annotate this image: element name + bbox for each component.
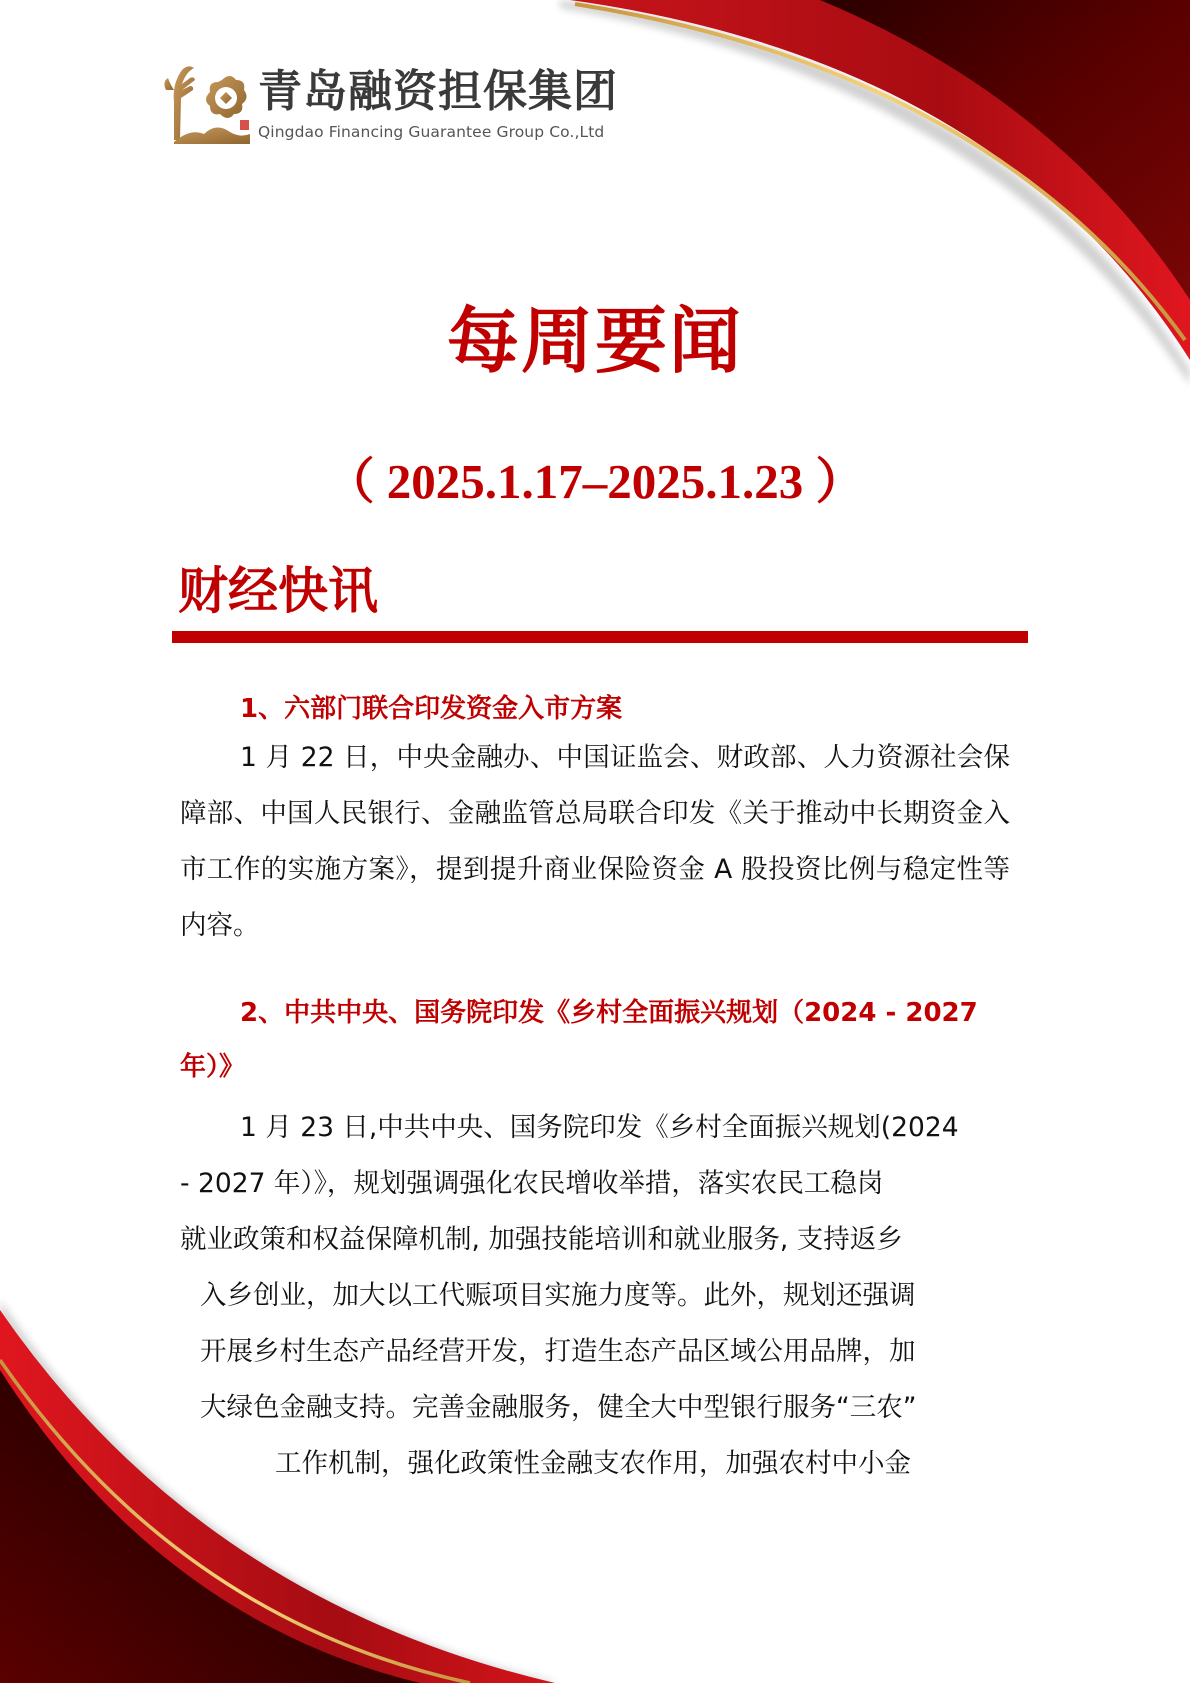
- section-title: 财经快讯: [178, 560, 378, 622]
- body-line: 就业政策和权益保障机制, 加强技能培训和就业服务, 支持返乡: [180, 1212, 1010, 1268]
- body-line: 开展乡村生态产品经营开发，打造生态产品区域公用品牌，加: [180, 1324, 1010, 1380]
- news-item-2-body: 1 月 23 日,中共中央、国务院印发《乡村全面振兴规划(2024 - 2027…: [180, 1100, 1010, 1492]
- body-line: 工作机制，强化政策性金融支农作用，加强农村中小金: [180, 1436, 1010, 1492]
- body-line: 入乡创业，加大以工代赈项目实施力度等。此外，规划还强调: [180, 1268, 1010, 1324]
- news-item-1-heading: 1、六部门联合印发资金入市方案: [180, 682, 1010, 736]
- company-logo: 青岛融资担保集团 Qingdao Financing Guarantee Gro…: [160, 62, 660, 147]
- date-range: （ 2025.1.17–2025.1.23 ）: [0, 450, 1190, 514]
- body-line: - 2027 年）》，规划强调强化农民增收举措，落实农民工稳岗: [180, 1156, 1010, 1212]
- page-title: 每周要闻: [0, 296, 1190, 386]
- body-line: 大绿色金融支持。完善金融服务，健全大中型银行服务“三农”: [180, 1380, 1010, 1436]
- news-item-1-body: 1 月 22 日，中央金融办、中国证监会、财政部、人力资源社会保障部、中国人民银…: [180, 730, 1010, 954]
- company-name-cn: 青岛融资担保集团: [258, 66, 618, 118]
- body-line: 1 月 23 日,中共中央、国务院印发《乡村全面振兴规划(2024: [180, 1100, 1010, 1156]
- company-name-en: Qingdao Financing Guarantee Group Co.,Lt…: [258, 122, 604, 142]
- tree-and-coin-logo-icon: [160, 62, 250, 144]
- section-divider-bar: [172, 631, 1028, 643]
- news-item-2-heading: 2、中共中央、国务院印发《乡村全面振兴规划（2024 - 2027 年）》: [180, 986, 1010, 1094]
